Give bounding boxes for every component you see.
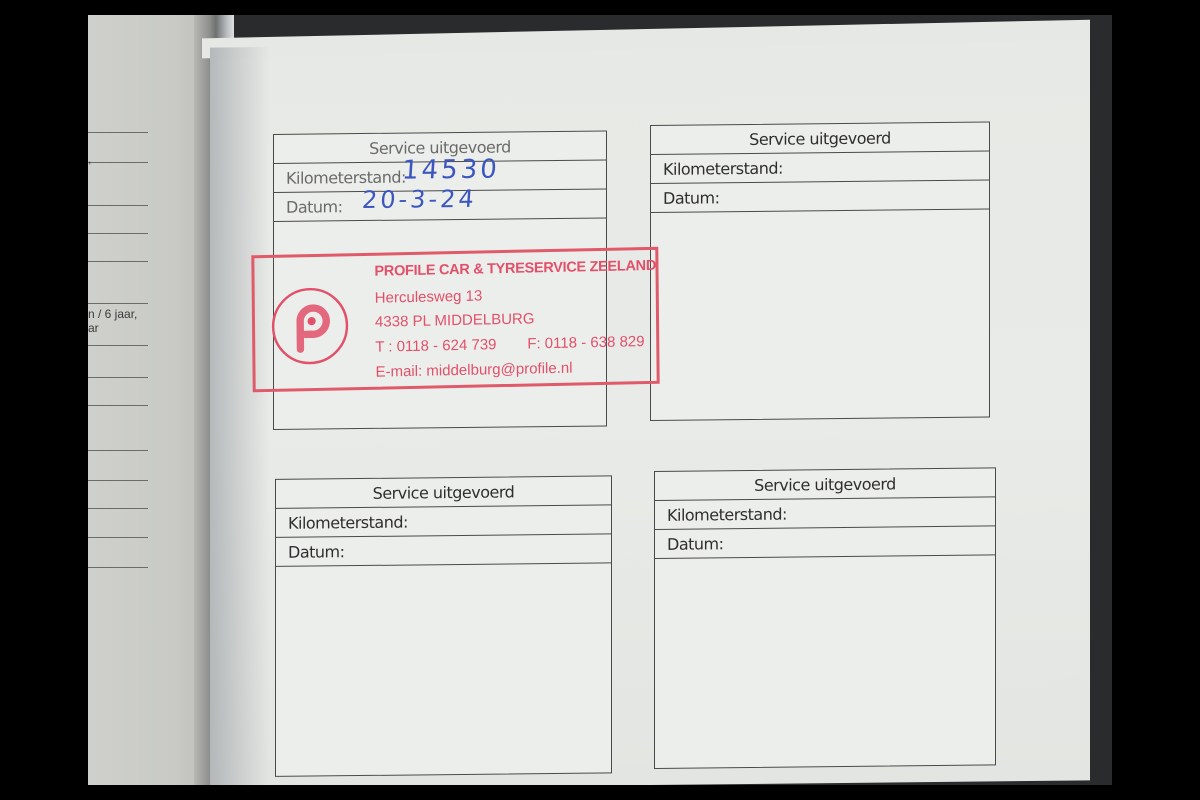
stamp-street: Herculesweg 13: [375, 287, 483, 306]
date-row[interactable]: Datum:: [655, 526, 995, 559]
ruled-line: [88, 162, 148, 163]
stamp-company-name: PROFILE CAR & TYRESERVICE ZEELAND: [374, 258, 656, 280]
date-row[interactable]: Datum:: [276, 534, 611, 567]
km-row[interactable]: Kilometerstand:: [276, 505, 611, 538]
ruled-line: [88, 567, 148, 568]
form-title: Service uitgevoerd: [276, 476, 611, 509]
stamp-email: E-mail: middelburg@profile.nl: [375, 360, 572, 381]
service-form-4: Service uitgevoerd Kilometerstand: Datum…: [654, 467, 996, 769]
form-title: Service uitgevoerd: [655, 468, 995, 501]
left-page-fragment: n / 6 jaar,: [88, 307, 137, 321]
ruled-line: [88, 261, 148, 262]
date-label: Datum:: [286, 197, 343, 217]
page-shadow: [210, 47, 270, 785]
profile-p-logo-icon: [269, 284, 352, 368]
date-row[interactable]: Datum:: [651, 180, 989, 213]
service-form-3: Service uitgevoerd Kilometerstand: Datum…: [275, 475, 612, 777]
ruled-line: [88, 233, 148, 234]
km-row[interactable]: Kilometerstand:: [655, 497, 995, 530]
ruled-line: [88, 205, 148, 206]
form-title: Service uitgevoerd: [651, 122, 989, 155]
stamp-fax: F: 0118 - 638 829: [527, 333, 644, 352]
km-value-handwritten[interactable]: 14530: [401, 156, 501, 186]
dealer-stamp: PROFILE CAR & TYRESERVICE ZEELAND Hercul…: [251, 247, 659, 393]
stamp-city: 4338 PL MIDDELBURG: [375, 310, 535, 330]
left-page-fragment: ,: [88, 152, 91, 166]
date-label: Datum:: [288, 542, 345, 562]
date-label: Datum:: [663, 188, 720, 208]
date-value-handwritten[interactable]: 20-3-24: [361, 185, 478, 215]
service-form-2: Service uitgevoerd Kilometerstand: Datum…: [650, 121, 990, 421]
left-page-fragment: ar: [88, 321, 99, 335]
ruled-line: [88, 132, 148, 133]
km-label: Kilometerstand:: [288, 513, 408, 533]
ruled-line: [88, 303, 148, 304]
booklet-photo: , n / 6 jaar, ar Service uitgevoerd Kilo…: [88, 15, 1112, 785]
km-label: Kilometerstand:: [663, 159, 783, 179]
ruled-line: [88, 405, 148, 406]
date-row: Datum: 20-3-24: [274, 189, 606, 221]
ruled-line: [88, 450, 148, 451]
km-label: Kilometerstand:: [667, 505, 787, 525]
ruled-line: [88, 537, 148, 538]
km-row[interactable]: Kilometerstand:: [651, 151, 989, 184]
ruled-line: [88, 377, 148, 378]
ruled-line: [88, 345, 148, 346]
stamp-phone: T : 0118 - 624 739: [375, 336, 496, 356]
date-label: Datum:: [667, 534, 724, 554]
ruled-line: [88, 508, 148, 509]
right-page: Service uitgevoerd Kilometerstand: 14530…: [210, 38, 1090, 785]
ruled-line: [88, 480, 148, 481]
